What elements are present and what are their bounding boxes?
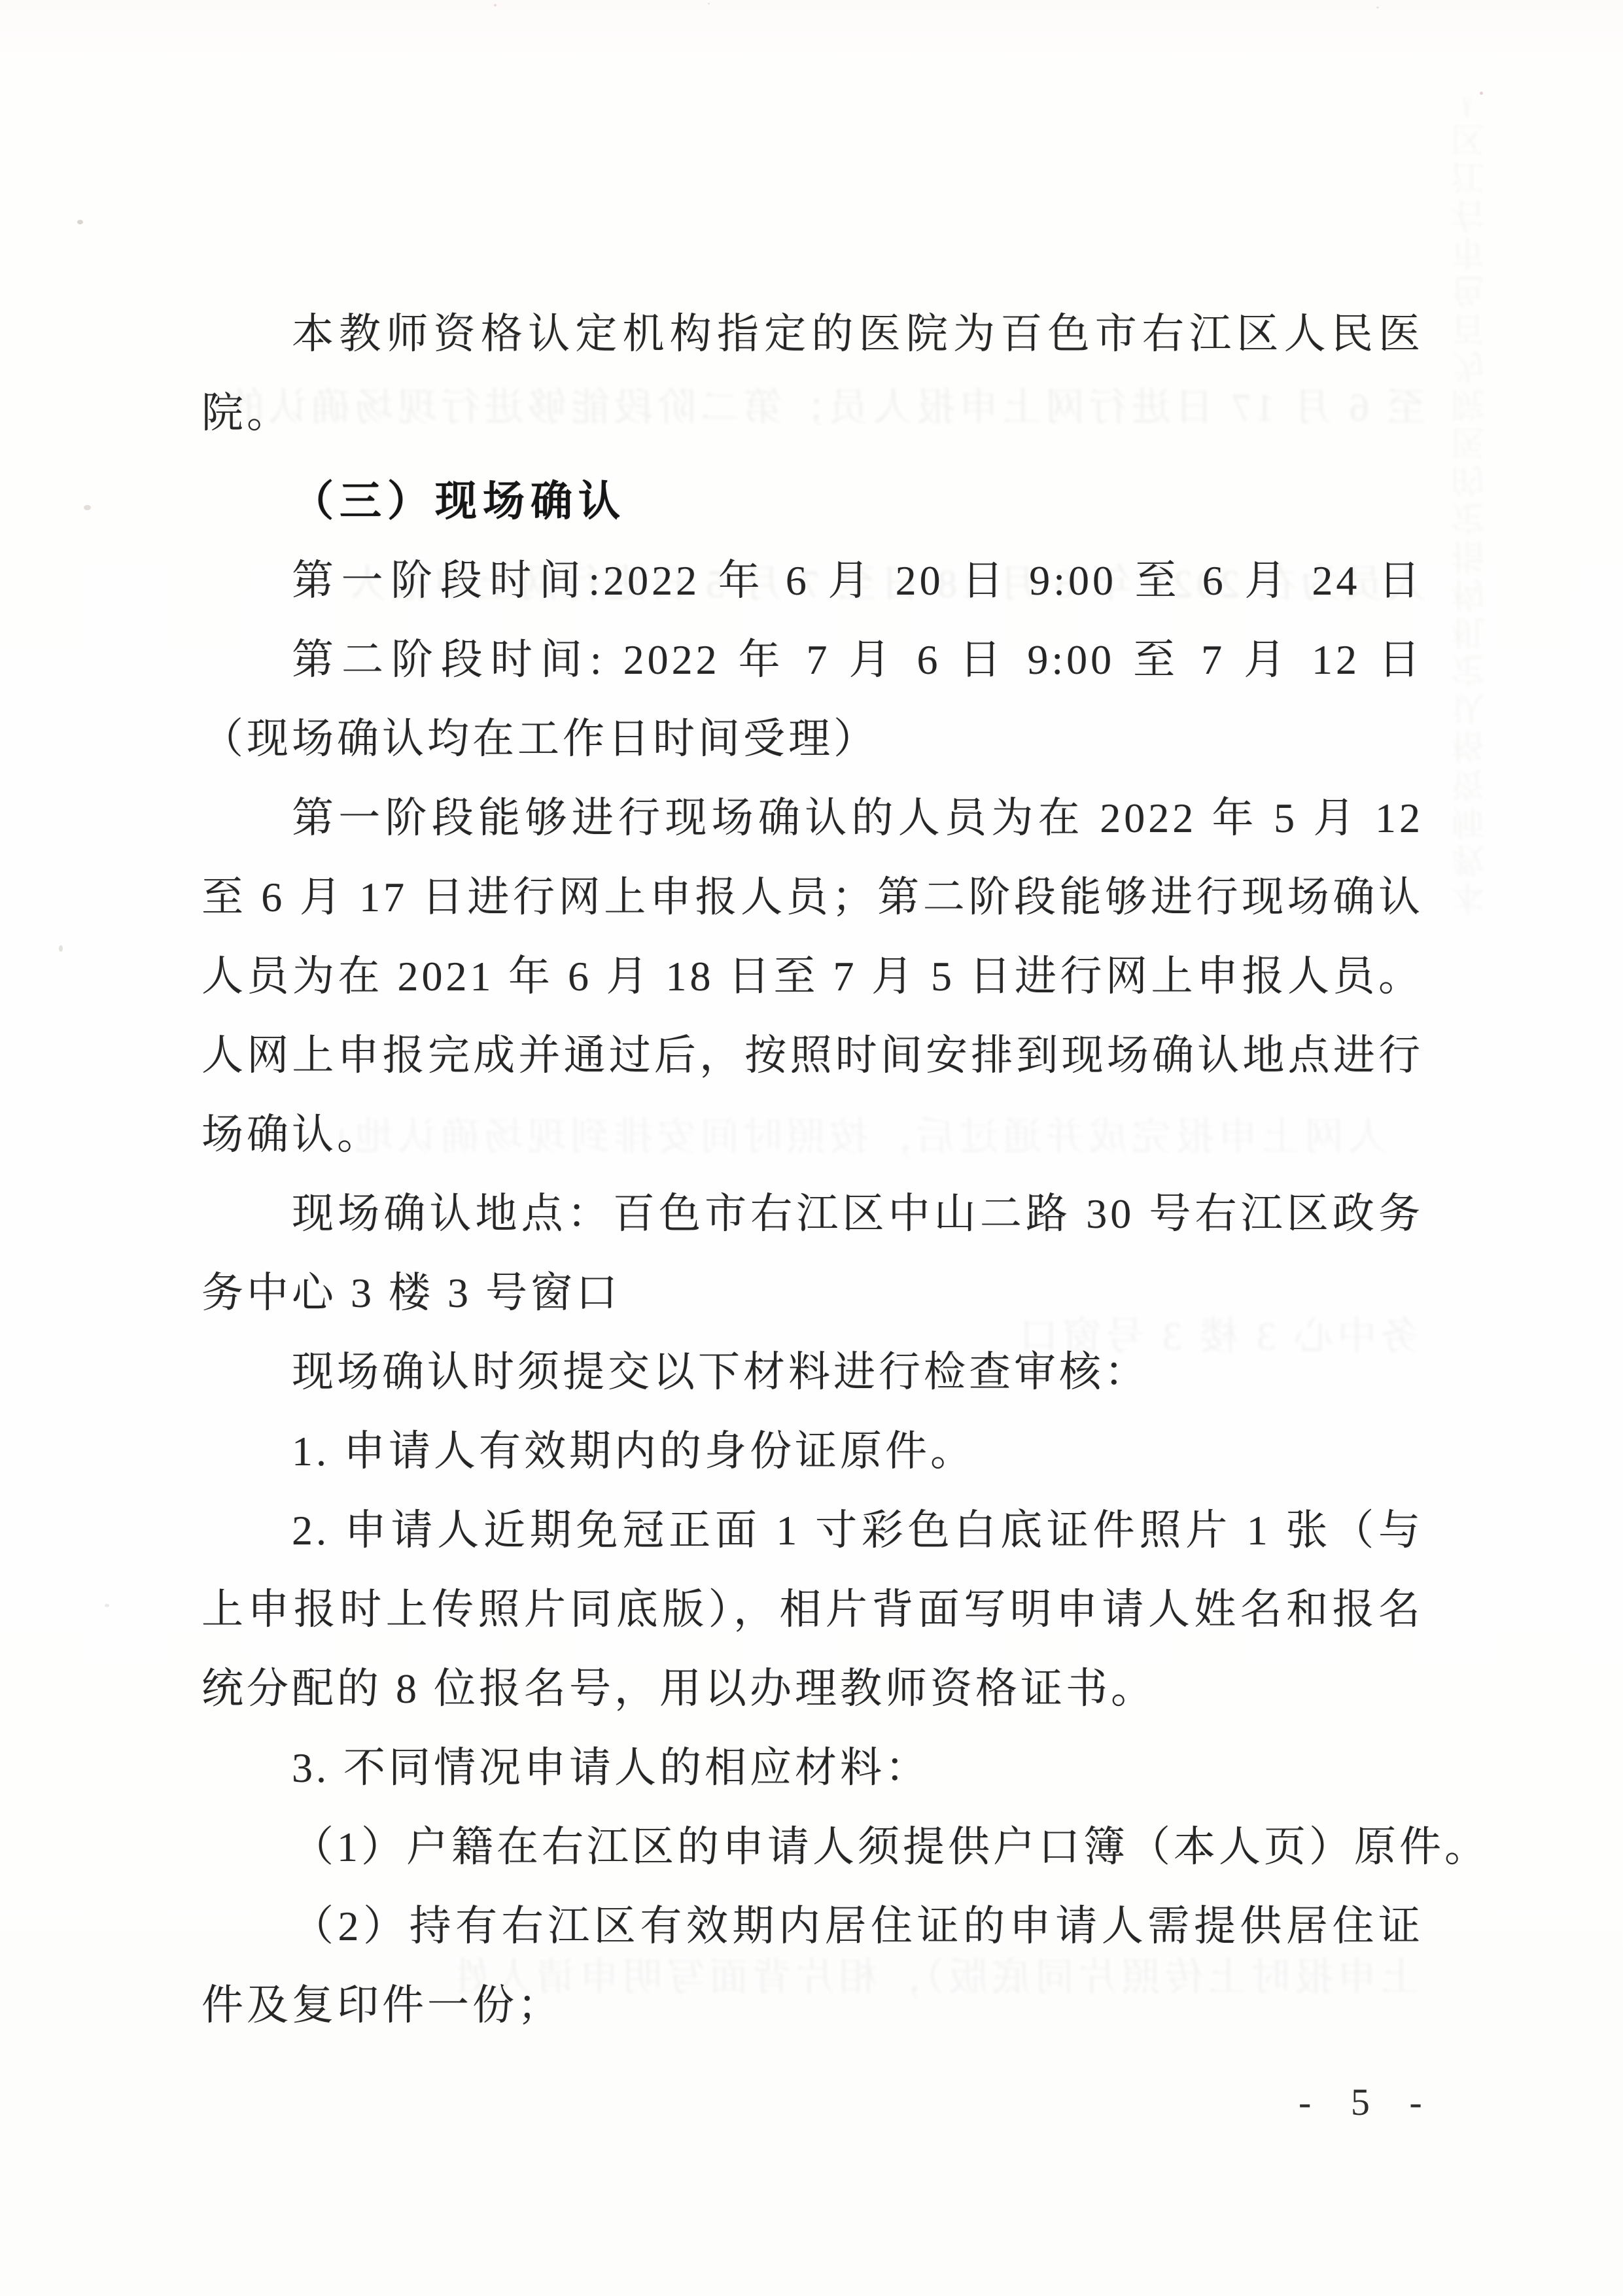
document-body: 本教师资格认定机构指定的医院为百色市右江区人民医 院。 （三）现场确认 第一阶段… <box>201 294 1423 2045</box>
paragraph-line: 至 6 月 17 日进行网上申报人员；第二阶段能够进行现场确认的 <box>201 858 1423 937</box>
paragraph-line: 件及复印件一份； <box>201 1966 1423 2045</box>
paragraph-line: 本教师资格认定机构指定的医院为百色市右江区人民医 <box>201 294 1423 374</box>
scan-speck <box>105 1604 109 1607</box>
scan-speck <box>708 3 710 5</box>
paragraph-line: （现场确认均在工作日时间受理） <box>201 699 1423 778</box>
scanned-page: 至 6 月 17 日进行网上申报人员；第二阶段能够进行现场确认的 人员为在 20… <box>0 0 1623 2296</box>
paragraph-line: 院。 <box>201 374 1423 453</box>
scan-speck <box>1376 7 1379 9</box>
paragraph-line: 人网上申报完成并通过后，按照时间安排到现场确认地点进行现 <box>201 1016 1423 1095</box>
paragraph-line: 统分配的 8 位报名号，用以办理教师资格证书。 <box>201 1649 1423 1728</box>
scan-speck <box>59 945 63 952</box>
scan-speck <box>494 4 497 7</box>
list-item-line: 2. 申请人近期免冠正面 1 寸彩色白底证件照片 1 张（与网 <box>201 1491 1423 1570</box>
paragraph-line: 务中心 3 楼 3 号窗口 <box>201 1253 1423 1332</box>
paragraph-line: 上申报时上传照片同底版），相片背面写明申请人姓名和报名系 <box>201 1570 1423 1649</box>
paragraph-line: 现场确认地点：百色市右江区中山二路 30 号右江区政务服 <box>201 1174 1423 1253</box>
scan-speck <box>84 505 91 510</box>
paragraph-line: 现场确认时须提交以下材料进行检查审核： <box>201 1332 1423 1412</box>
paragraph-line: 第一阶段时间:2022 年 6 月 20 日 9:00 至 6 月 24 日 1… <box>201 541 1423 620</box>
paragraph-line: 第一阶段能够进行现场确认的人员为在 2022 年 5 月 12 日 <box>201 778 1423 858</box>
list-item-line: （1）户籍在右江区的申请人须提供户口簿（本人页）原件。 <box>201 1807 1423 1887</box>
list-item-line: （2）持有右江区有效期内居住证的申请人需提供居住证原 <box>201 1887 1423 1966</box>
page-number: - 5 - <box>1299 2080 1429 2124</box>
paragraph-line: 场确认。 <box>201 1095 1423 1174</box>
paragraph-line: 第二阶段时间: 2022 年 7 月 6 日 9:00 至 7 月 12 日 1… <box>201 620 1423 699</box>
list-item-line: 1. 申请人有效期内的身份证原件。 <box>201 1412 1423 1491</box>
paragraph-line: 人员为在 2021 年 6 月 18 日至 7 月 5 日进行网上申报人员。申请 <box>201 937 1423 1016</box>
scan-speck <box>1480 92 1483 95</box>
section-heading: （三）现场确认 <box>201 462 1423 541</box>
scan-speck <box>77 220 83 224</box>
list-item-line: 3. 不同情况申请人的相应材料： <box>201 1728 1423 1807</box>
bleedthrough-artifact: 本教师资格认定机构指定的医院为百色市右江区人民医 <box>1439 98 1488 916</box>
